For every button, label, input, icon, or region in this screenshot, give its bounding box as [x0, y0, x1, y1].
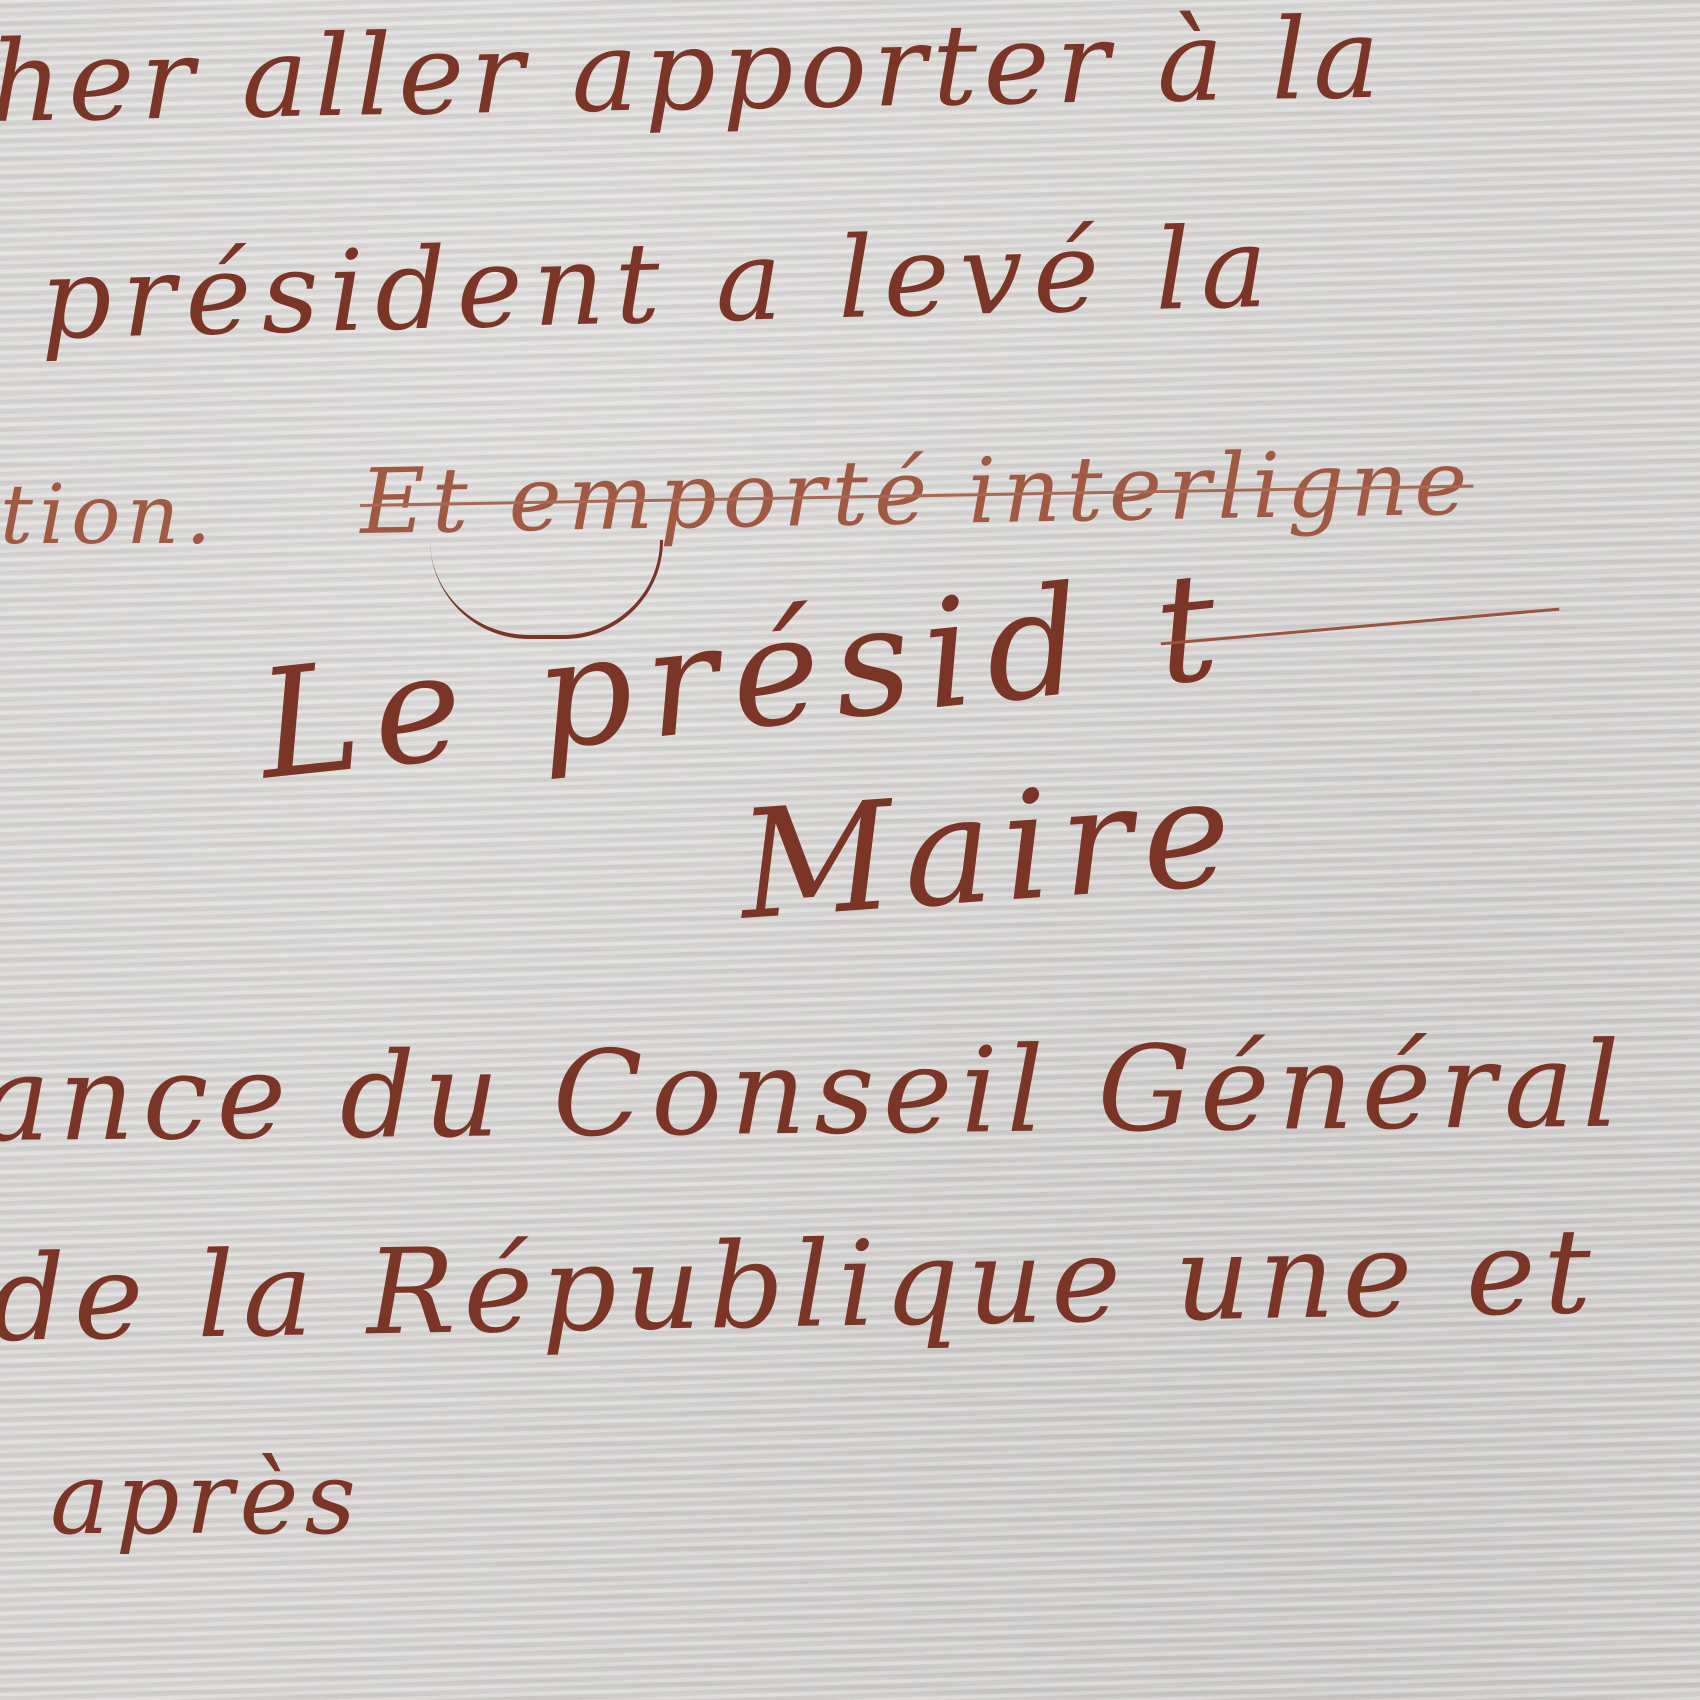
text-line-2: président a levé la — [38, 203, 1279, 365]
text-line-5: ance du Conseil Général — [0, 1016, 1628, 1168]
text-line-6: de la République une et — [0, 1202, 1600, 1368]
text-line-1: her aller apporter à la — [0, 0, 1387, 148]
text-line-7: après — [50, 1440, 362, 1557]
document-page: her aller apporter à la président a levé… — [0, 0, 1700, 1700]
text-line-3-prefix: tion. — [0, 468, 217, 563]
text-line-3-struck: Et emporté interligne — [359, 431, 1474, 555]
signature-role: Maire — [734, 745, 1246, 954]
